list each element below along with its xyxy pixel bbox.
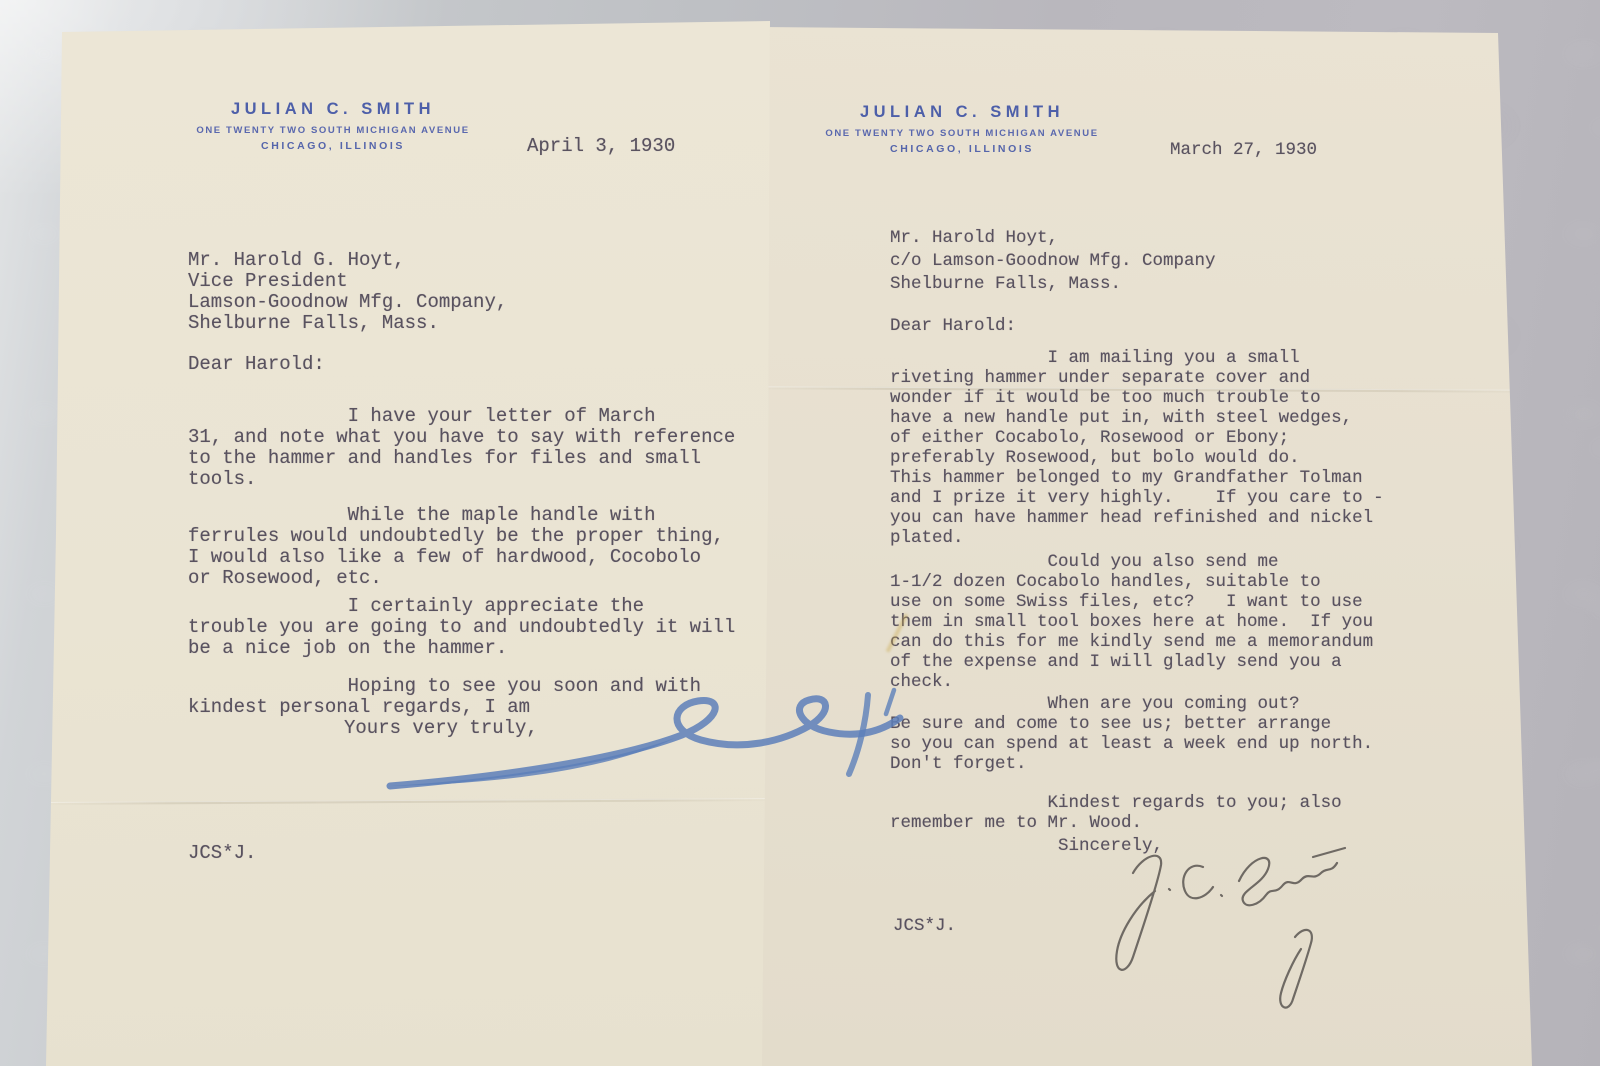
closing-line: Sincerely, xyxy=(1058,836,1163,856)
letterhead-address: ONE TWENTY TWO SOUTH MICHIGAN AVENUE xyxy=(168,125,498,136)
typist-initials: JCS*J. xyxy=(188,843,256,864)
body-paragraph: Kindest regards to you; also remember me… xyxy=(890,793,1342,833)
typist-initials: JCS*J. xyxy=(893,916,956,936)
letterhead-address: ONE TWENTY TWO SOUTH MICHIGAN AVENUE xyxy=(797,128,1127,139)
body-paragraph: I have your letter of March 31, and note… xyxy=(188,406,735,490)
letterhead-name: JULIAN C. SMITH xyxy=(168,100,498,119)
closing-line: Yours very truly, xyxy=(344,718,538,739)
salutation: Dear Harold: xyxy=(890,316,1016,336)
letterhead: JULIAN C. SMITH ONE TWENTY TWO SOUTH MIC… xyxy=(168,100,498,152)
date-line: April 3, 1930 xyxy=(527,136,675,157)
letter-page-march-27: JULIAN C. SMITH ONE TWENTY TWO SOUTH MIC… xyxy=(745,16,1545,1066)
fold-crease xyxy=(40,798,782,805)
body-paragraph: Hoping to see you soon and with kindest … xyxy=(188,676,701,718)
letterhead-name: JULIAN C. SMITH xyxy=(797,103,1127,122)
body-paragraph: I certainly appreciate the trouble you a… xyxy=(188,596,735,659)
salutation: Dear Harold: xyxy=(188,354,325,375)
date-line: March 27, 1930 xyxy=(1170,140,1317,160)
letterhead: JULIAN C. SMITH ONE TWENTY TWO SOUTH MIC… xyxy=(797,103,1127,155)
letterhead-city: CHICAGO, ILLINOIS xyxy=(797,143,1127,155)
body-paragraph: Could you also send me 1-1/2 dozen Cocab… xyxy=(890,552,1373,692)
recipient-address: Mr. Harold G. Hoyt, Vice President Lamso… xyxy=(188,250,507,334)
body-paragraph: I am mailing you a small riveting hammer… xyxy=(890,348,1384,548)
body-paragraph: When are you coming out? Be sure and com… xyxy=(890,694,1373,774)
recipient-address: Mr. Harold Hoyt, c/o Lamson-Goodnow Mfg.… xyxy=(890,227,1216,296)
letter-page-april-3: JULIAN C. SMITH ONE TWENTY TWO SOUTH MIC… xyxy=(40,14,782,1066)
letterhead-city: CHICAGO, ILLINOIS xyxy=(168,140,498,152)
body-paragraph: While the maple handle with ferrules wou… xyxy=(188,505,724,589)
